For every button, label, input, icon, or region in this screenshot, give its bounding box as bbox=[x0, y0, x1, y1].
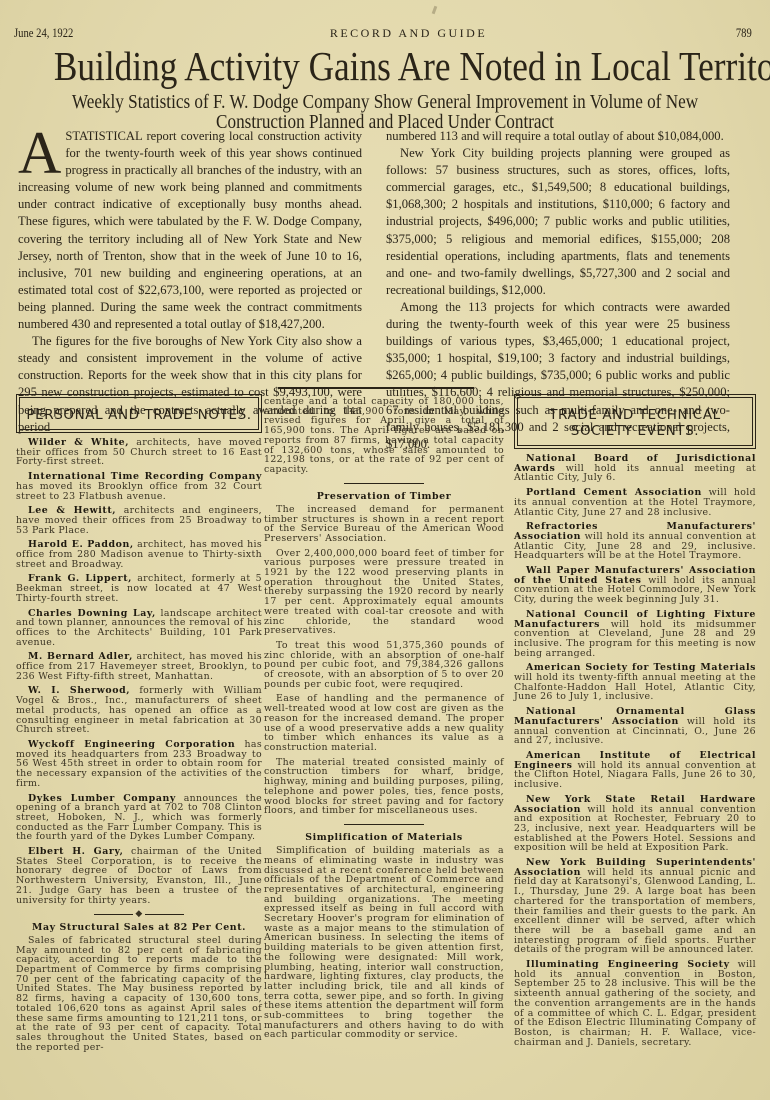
simplification-article: Simplification of building materials as … bbox=[264, 846, 504, 1040]
ink-smudge bbox=[432, 6, 438, 15]
timber-paragraph: To treat this wood 51,375,360 pounds of … bbox=[264, 641, 504, 690]
newspaper-page: { "header": { "date": "June 24, 1922", "… bbox=[0, 0, 770, 1100]
society-event-item-text: will hold its twenty-fifth annual meetin… bbox=[514, 672, 756, 702]
timber-paragraph: The material treated consisted mainly of… bbox=[264, 758, 504, 816]
timber-article: The increased demand for permanent timbe… bbox=[264, 505, 504, 816]
section-separator bbox=[344, 824, 424, 826]
article-subhead: Weekly Statistics of F. W. Dodge Company… bbox=[46, 93, 724, 133]
lead-paragraph-text: STATISTICAL report covering local constr… bbox=[18, 129, 362, 331]
lead-paragraph: numbered 113 and will require a total ou… bbox=[386, 128, 730, 145]
section-separator: ◆ bbox=[94, 910, 184, 919]
article-headline: Building Activity Gains Are Noted in Loc… bbox=[54, 44, 716, 88]
personal-note-item: Wyckoff Engineering Corporation has move… bbox=[16, 740, 262, 789]
section-separator bbox=[344, 483, 424, 485]
lead-column-left: ASTATISTICAL report covering local const… bbox=[18, 128, 362, 436]
publication-name: RECORD AND GUIDE bbox=[330, 26, 487, 41]
personal-note-item: Elbert H. Gary, chairman of the United S… bbox=[16, 847, 262, 905]
society-event-item: New York State Retail Hardware Associati… bbox=[514, 795, 756, 853]
page-number: 789 bbox=[736, 26, 752, 41]
timber-title: Preservation of Timber bbox=[264, 492, 504, 502]
issue-date: June 24, 1922 bbox=[14, 26, 73, 41]
society-event-item: Refractories Manufacturers' Association … bbox=[514, 522, 756, 561]
personal-note-item-text: chairman of the United States Steel Corp… bbox=[16, 846, 262, 906]
personal-note-item: Dykes Lumber Company announces the openi… bbox=[16, 794, 262, 843]
personal-note-item-text: has moved its Brooklyn office from 32 Co… bbox=[16, 481, 262, 502]
timber-paragraph: Ease of handling and the permanence of w… bbox=[264, 694, 504, 752]
running-header: June 24, 1922 RECORD AND GUIDE 789 bbox=[14, 26, 752, 40]
personal-note-item: Harold E. Paddon, architect, has moved h… bbox=[16, 540, 262, 569]
middle-column: centage and a total capacity of 180,000 … bbox=[264, 397, 504, 1045]
personal-note-item: International Time Recording Company has… bbox=[16, 472, 262, 501]
article-end-rule bbox=[386, 387, 474, 389]
personal-notes-column: PERSONAL AND TRADE NOTES. Wilder & White… bbox=[16, 395, 262, 1057]
personal-note-item: Frank G. Lippert, architect, formerly at… bbox=[16, 574, 262, 603]
structural-sales-text: Sales of fabricated structural steel dur… bbox=[16, 936, 262, 1052]
society-event-item: American Institute of Electrical Enginee… bbox=[514, 751, 756, 790]
drop-cap: A bbox=[18, 130, 61, 176]
timber-paragraph: The increased demand for permanent timbe… bbox=[264, 505, 504, 544]
article-end-rule bbox=[278, 387, 386, 389]
society-events-column: TRADE AND TECHNICAL SOCIETY EVENTS. Nati… bbox=[514, 395, 756, 1052]
personal-notes-list: Wilder & White, architects, have moved t… bbox=[16, 438, 262, 905]
structural-sales-continued: centage and a total capacity of 180,000 … bbox=[264, 397, 504, 475]
structural-sales-title: May Structural Sales at 82 Per Cent. bbox=[16, 923, 262, 933]
personal-note-item: Wilder & White, architects, have moved t… bbox=[16, 438, 262, 467]
lead-paragraph: New York City building projects planning… bbox=[386, 145, 730, 299]
personal-note-item: M. Bernard Adler, architect, has moved h… bbox=[16, 652, 262, 681]
timber-paragraph: Over 2,400,000,000 board feet of timber … bbox=[264, 549, 504, 636]
simplification-paragraph: Simplification of building materials as … bbox=[264, 846, 504, 1040]
personal-note-item: Charles Downing Lay, landscape architect… bbox=[16, 609, 262, 648]
personal-note-item: Lee & Hewitt, architects and engineers, … bbox=[16, 506, 262, 535]
society-events-heading: TRADE AND TECHNICAL SOCIETY EVENTS. bbox=[517, 397, 753, 446]
society-event-item: Illuminating Engineering Society will ho… bbox=[514, 960, 756, 1047]
personal-note-item: W. I. Sherwood, formerly with William Vo… bbox=[16, 686, 262, 735]
personal-notes-heading: PERSONAL AND TRADE NOTES. bbox=[19, 397, 259, 430]
society-event-item: Portland Cement Association will hold it… bbox=[514, 488, 756, 517]
society-event-item: Wall Paper Manufacturers' Association of… bbox=[514, 566, 756, 605]
society-event-item: American Society for Testing Materials w… bbox=[514, 663, 756, 702]
simplification-title: Simplification of Materials bbox=[264, 833, 504, 843]
society-event-item-text: will held its annual picnic and field da… bbox=[514, 867, 756, 956]
society-event-item: National Board of Jurisdictional Awards … bbox=[514, 454, 756, 483]
society-event-item: New York Building Superintendents' Assoc… bbox=[514, 858, 756, 955]
society-event-item: National Council of Lighting Fixture Man… bbox=[514, 610, 756, 659]
society-event-item: National Ornamental Glass Manufacturers'… bbox=[514, 707, 756, 746]
society-events-list: National Board of Jurisdictional Awards … bbox=[514, 454, 756, 1047]
lead-paragraph: ASTATISTICAL report covering local const… bbox=[18, 128, 362, 333]
society-event-item-text: will hold its annual convention in Bosto… bbox=[514, 959, 756, 1048]
